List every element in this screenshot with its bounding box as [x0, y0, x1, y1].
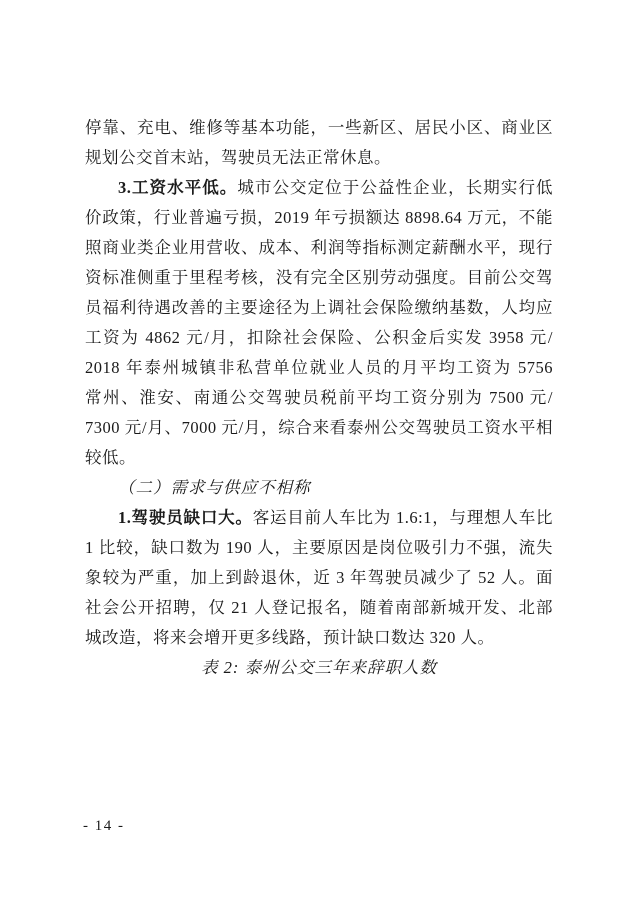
body-line: 工资为 4862 元/月，扣除社会保险、公积金后实发 3958 元/月， [85, 323, 553, 353]
text-run: 2018 年泰州城镇非私营单位就业人员的月平均工资为 5756 元， [85, 358, 553, 383]
page-number: - 14 - [83, 818, 125, 835]
text-run: 较低。 [85, 448, 136, 467]
subsection-heading: （二）需求与供应不相称 [85, 473, 553, 503]
paragraph-lead-line: 1.驾驶员缺口大。客运目前人车比为 1.6:1，与理想人车比 2: [85, 503, 553, 533]
text-run: 象较为严重，加上到龄退休，近 3 年驾驶员减少了 52 人。面向 [85, 568, 553, 593]
text-run: 1 比较，缺口数为 190 人，主要原因是岗位吸引力不强，流失现 [85, 538, 553, 563]
body-line: 象较为严重，加上到龄退休，近 3 年驾驶员减少了 52 人。面向 [85, 563, 553, 593]
text-run: 停靠、充电、维修等基本功能，一些新区、居民小区、商业区未 [85, 118, 553, 143]
text-run: 社会公开招聘，仅 21 人登记报名，随着南部新城开发、北部老 [85, 598, 553, 623]
body-line: 停靠、充电、维修等基本功能，一些新区、居民小区、商业区未 [85, 113, 553, 143]
table-caption: 表 2: 泰州公交三年来辞职人数 [85, 653, 553, 683]
text-run: 价政策，行业普遍亏损，2019 年亏损额达 8898.64 万元，不能按 [85, 208, 553, 233]
body-line: 价政策，行业普遍亏损，2019 年亏损额达 8898.64 万元，不能按 [85, 203, 553, 233]
body-line: 照商业类企业用营收、成本、利润等指标测定薪酬水平，现行工 [85, 233, 553, 263]
body-line: 资标准侧重于里程考核，没有完全区别劳动强度。目前公交驾驶 [85, 263, 553, 293]
document-page: 停靠、充电、维修等基本功能，一些新区、居民小区、商业区未规划公交首末站，驾驶员无… [0, 0, 636, 900]
bold-run: 3.工资水平低。 [118, 178, 237, 197]
text-run: 常州、淮安、南通公交驾驶员税前平均工资分别为 7500 元/月、 [85, 388, 553, 413]
body-line: 员福利待遇改善的主要途径为上调社会保险缴纳基数，人均应发 [85, 293, 553, 323]
text-run: 7300 元/月、7000 元/月，综合来看泰州公交驾驶员工资水平相对 [85, 418, 553, 443]
body-line: 1 比较，缺口数为 190 人，主要原因是岗位吸引力不强，流失现 [85, 533, 553, 563]
bold-run: 1.驾驶员缺口大。 [118, 508, 253, 527]
text-run: 员福利待遇改善的主要途径为上调社会保险缴纳基数，人均应发 [85, 298, 553, 323]
body-line: 规划公交首末站，驾驶员无法正常休息。 [85, 143, 553, 173]
text-run: 工资为 4862 元/月，扣除社会保险、公积金后实发 3958 元/月， [85, 328, 553, 353]
text-run: 资标准侧重于里程考核，没有完全区别劳动强度。目前公交驾驶 [85, 268, 553, 293]
body-line: 城改造，将来会增开更多线路，预计缺口数达 320 人。 [85, 623, 553, 653]
text-run: 规划公交首末站，驾驶员无法正常休息。 [85, 148, 391, 167]
text-run: 照商业类企业用营收、成本、利润等指标测定薪酬水平，现行工 [85, 238, 553, 263]
body-line: 常州、淮安、南通公交驾驶员税前平均工资分别为 7500 元/月、 [85, 383, 553, 413]
text-block: 停靠、充电、维修等基本功能，一些新区、居民小区、商业区未规划公交首末站，驾驶员无… [85, 113, 553, 683]
text-run: 表 2: 泰州公交三年来辞职人数 [201, 658, 437, 677]
paragraph-lead-line: 3.工资水平低。城市公交定位于公益性企业，长期实行低票 [85, 173, 553, 203]
body-line: 较低。 [85, 443, 553, 473]
body-line: 7300 元/月、7000 元/月，综合来看泰州公交驾驶员工资水平相对 [85, 413, 553, 443]
body-line: 2018 年泰州城镇非私营单位就业人员的月平均工资为 5756 元， [85, 353, 553, 383]
text-run: 城改造，将来会增开更多线路，预计缺口数达 320 人。 [85, 628, 495, 647]
text-run: （二）需求与供应不相称 [118, 478, 311, 497]
body-line: 社会公开招聘，仅 21 人登记报名，随着南部新城开发、北部老 [85, 593, 553, 623]
